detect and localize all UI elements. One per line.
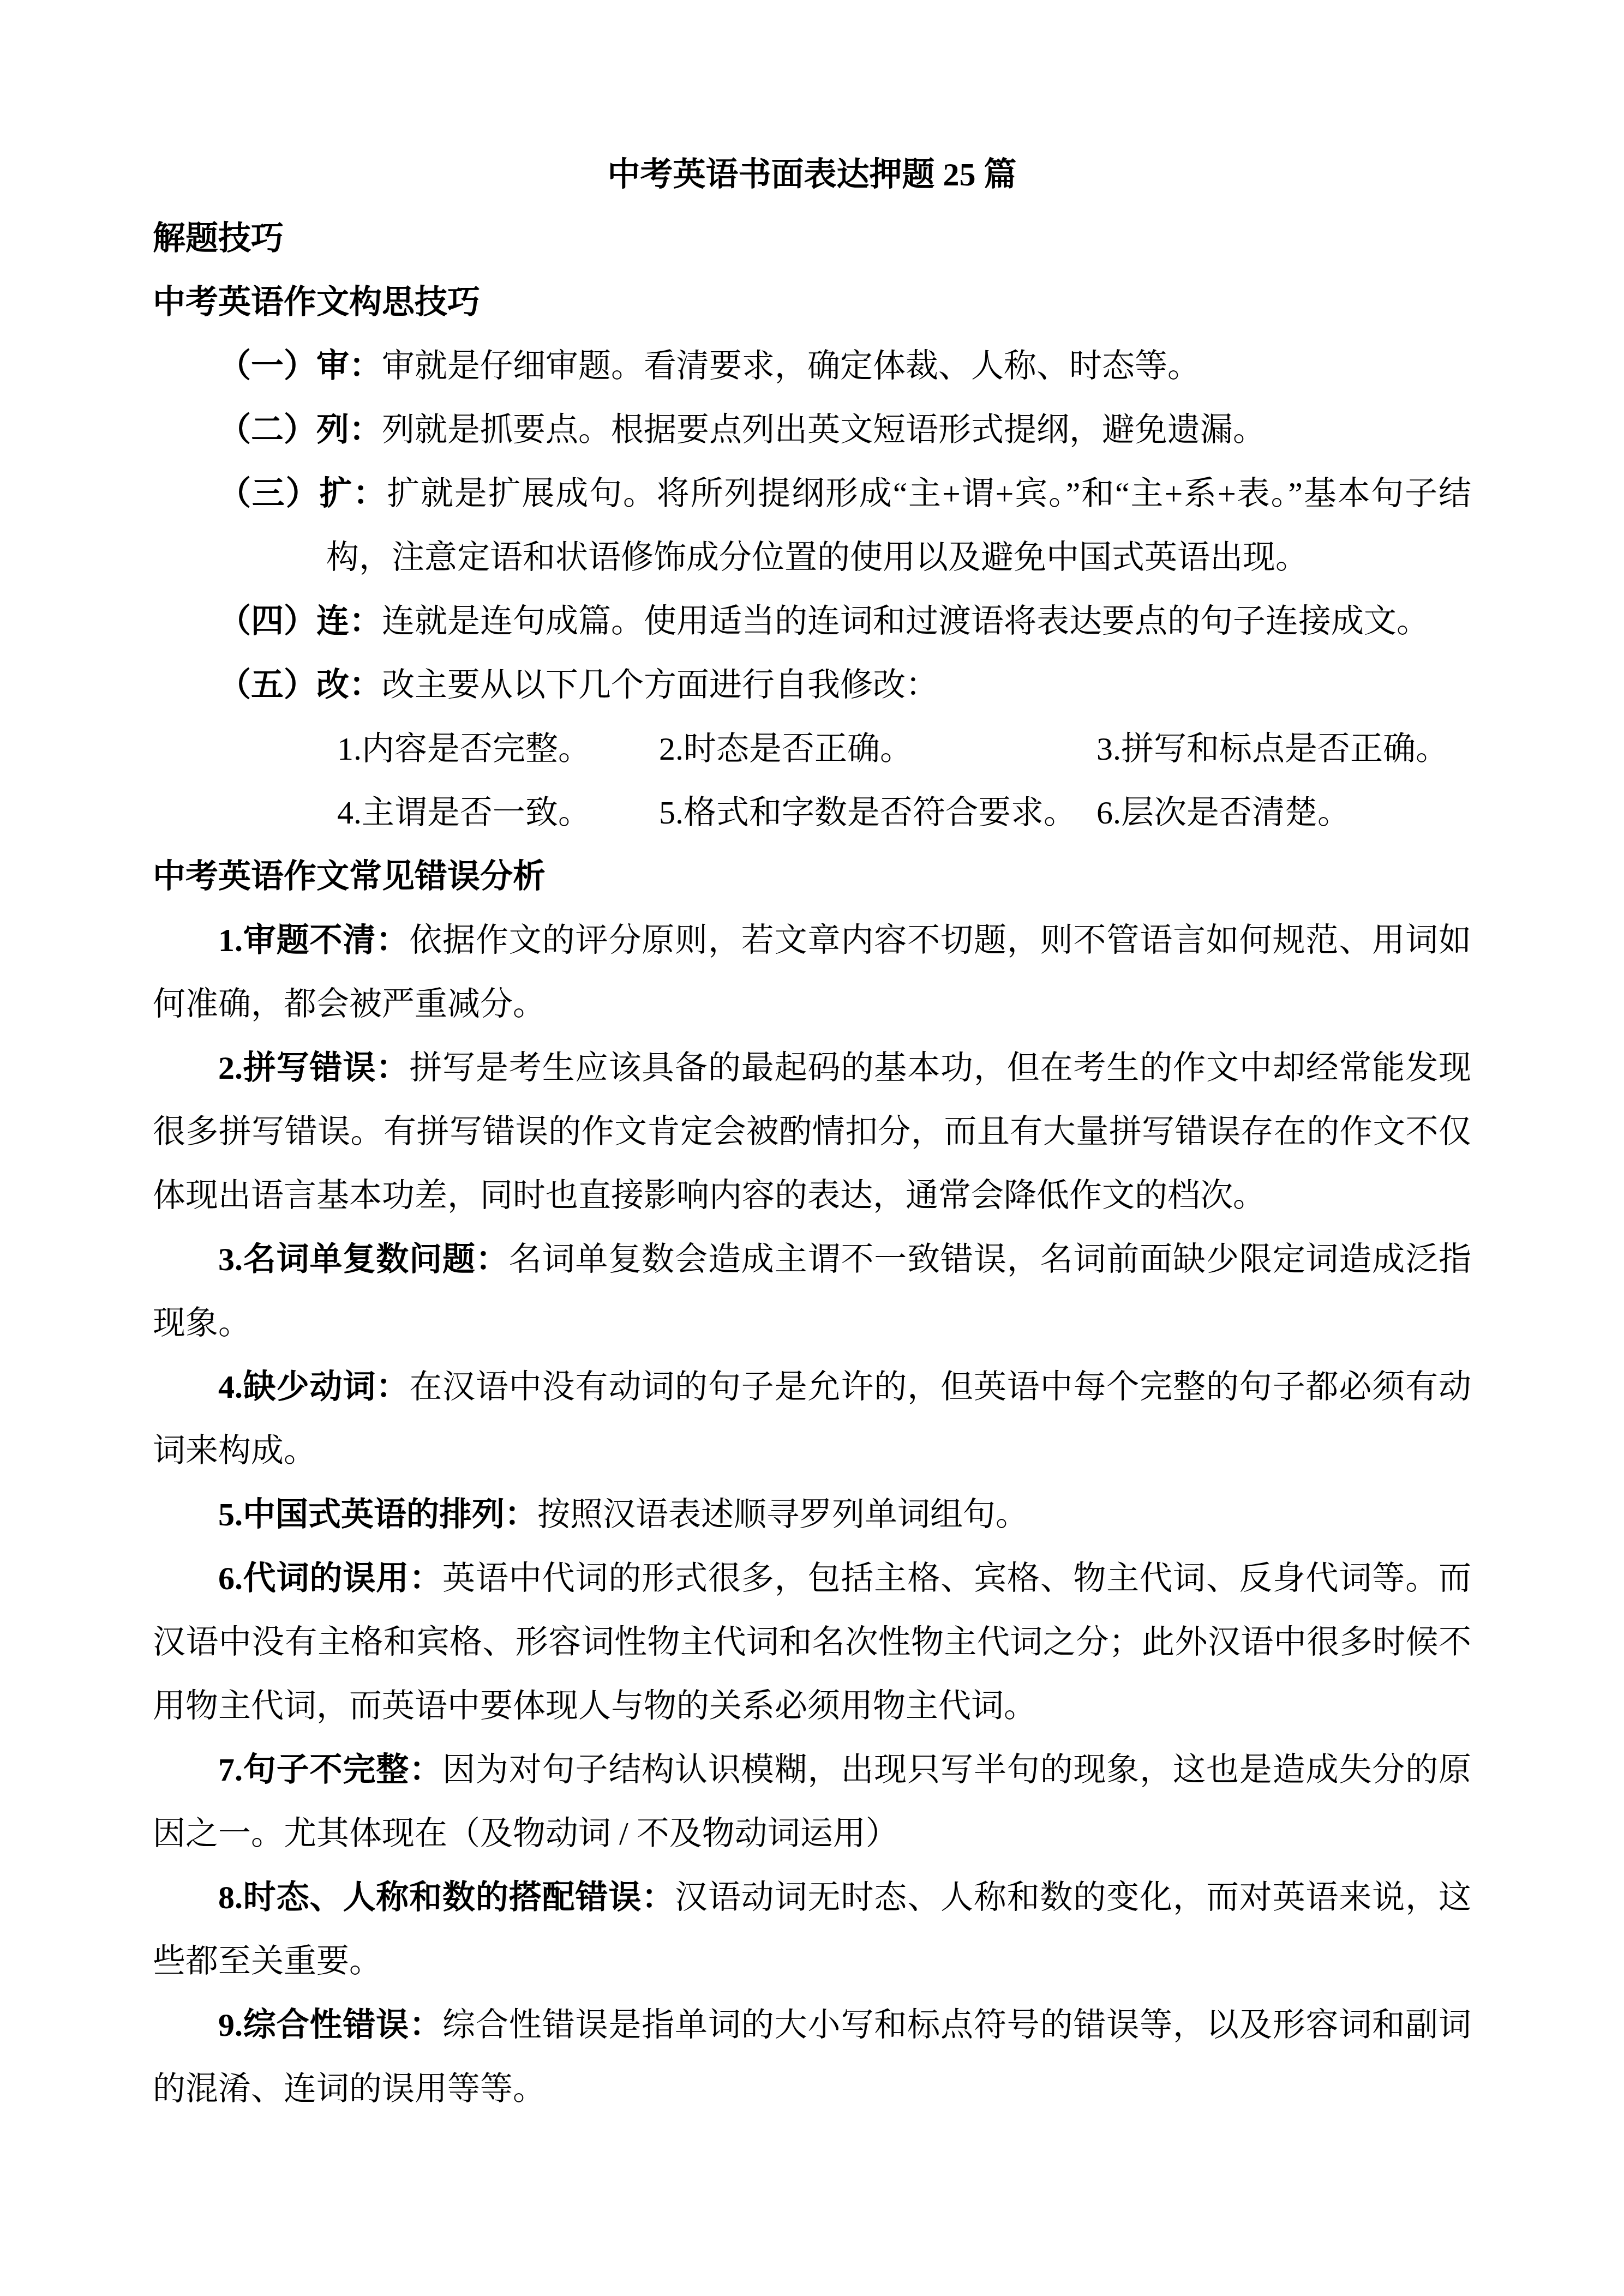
step-text: 连就是连句成篇。使用适当的连词和过渡语将表达要点的句子连接成文。 <box>382 603 1429 639</box>
checklist-item: 4.主谓是否一致。 <box>337 781 591 845</box>
error-label: 9.综合性错误： <box>218 2007 442 2043</box>
document-page: 中考英语书面表达押题 25 篇 解题技巧 中考英语作文构思技巧 （一）审：审就是… <box>0 0 1624 2121</box>
heading-solving-skills: 解题技巧 <box>153 207 1471 271</box>
heading-common-errors-analysis: 中考英语作文常见错误分析 <box>153 845 1471 909</box>
error-text: 按照汉语表述顺寻罗列单词组句。 <box>537 1496 1028 1532</box>
step-paragraph-shen: （一）审：审就是仔细审题。看清要求，确定体裁、人称、时态等。 <box>153 334 1471 398</box>
step-label: （三）扩： <box>218 476 387 512</box>
step-paragraph-lie: （二）列：列就是抓要点。根据要点列出英文短语形式提纲，避免遗漏。 <box>153 398 1471 462</box>
step-paragraph-kuo: （三）扩：扩就是扩展成句。将所列提纲形成“主+谓+宾。”和“主+系+表。”基本句… <box>153 462 1471 590</box>
error-paragraph-3: 3.名词单复数问题：名词单复数会造成主谓不一致错误，名词前面缺少限定词造成泛指现… <box>153 1228 1471 1355</box>
error-label: 6.代词的误用： <box>218 1560 442 1596</box>
error-label: 7.句子不完整： <box>218 1752 442 1788</box>
step-text: 改主要从以下几个方面进行自我修改： <box>382 667 938 703</box>
error-paragraph-6: 6.代词的误用：英语中代词的形式很多，包括主格、宾格、物主代词、反身代词等。而汉… <box>153 1547 1471 1738</box>
error-paragraph-4: 4.缺少动词：在汉语中没有动词的句子是允许的，但英语中每个完整的句子都必须有动词… <box>153 1355 1471 1483</box>
step-label: （二）列： <box>218 412 382 448</box>
error-paragraph-1: 1.审题不清：依据作文的评分原则，若文章内容不切题，则不管语言如何规范、用词如何… <box>153 909 1471 1036</box>
checklist-item: 6.层次是否清楚。 <box>1096 781 1350 845</box>
error-paragraph-9: 9.综合性错误：综合性错误是指单词的大小写和标点符号的错误等，以及形容词和副词的… <box>153 1993 1471 2121</box>
checklist-row-1: 1.内容是否完整。 2.时态是否正确。 3.拼写和标点是否正确。 <box>153 717 1471 781</box>
checklist-item: 3.拼写和标点是否正确。 <box>1096 717 1448 781</box>
error-label: 2.拼写错误： <box>218 1050 409 1086</box>
heading-composition-thinking-skills: 中考英语作文构思技巧 <box>153 271 1471 334</box>
step-text: 扩就是扩展成句。将所列提纲形成“主+谓+宾。”和“主+系+表。”基本句子结构，注… <box>326 476 1471 575</box>
error-paragraph-8: 8.时态、人称和数的搭配错误：汉语动词无时态、人称和数的变化，而对英语来说，这些… <box>153 1866 1471 1993</box>
step-paragraph-gai: （五）改：改主要从以下几个方面进行自我修改： <box>153 653 1471 717</box>
step-label: （一）审： <box>218 348 382 384</box>
error-label: 4.缺少动词： <box>218 1369 409 1405</box>
step-label: （五）改： <box>218 667 382 703</box>
error-label: 1.审题不清： <box>218 922 409 958</box>
checklist-item: 1.内容是否完整。 <box>337 717 591 781</box>
document-title: 中考英语书面表达押题 25 篇 <box>153 143 1471 207</box>
step-paragraph-lian: （四）连：连就是连句成篇。使用适当的连词和过渡语将表达要点的句子连接成文。 <box>153 590 1471 653</box>
error-label: 3.名词单复数问题： <box>218 1241 509 1277</box>
error-paragraph-5: 5.中国式英语的排列：按照汉语表述顺寻罗列单词组句。 <box>153 1483 1471 1547</box>
checklist-item: 2.时态是否正确。 <box>659 717 913 781</box>
step-text: 列就是抓要点。根据要点列出英文短语形式提纲，避免遗漏。 <box>382 412 1266 448</box>
error-paragraph-7: 7.句子不完整：因为对句子结构认识模糊，出现只写半句的现象，这也是造成失分的原因… <box>153 1738 1471 1866</box>
error-label: 5.中国式英语的排列： <box>218 1496 537 1532</box>
checklist-row-2: 4.主谓是否一致。 5.格式和字数是否符合要求。 6.层次是否清楚。 <box>153 781 1471 845</box>
step-label: （四）连： <box>218 603 382 639</box>
checklist-item: 5.格式和字数是否符合要求。 <box>659 781 1076 845</box>
error-paragraph-2: 2.拼写错误：拼写是考生应该具备的最起码的基本功，但在考生的作文中却经常能发现很… <box>153 1036 1471 1228</box>
error-label: 8.时态、人称和数的搭配错误： <box>218 1879 675 1915</box>
step-text: 审就是仔细审题。看清要求，确定体裁、人称、时态等。 <box>382 348 1200 384</box>
